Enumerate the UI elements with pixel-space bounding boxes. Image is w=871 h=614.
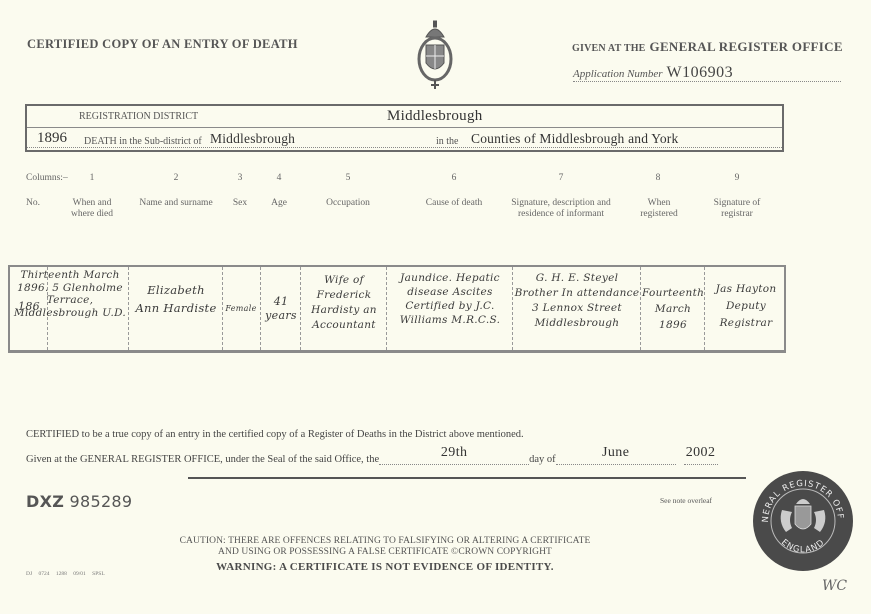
caution-line-1: CAUTION: THERE ARE OFFENCES RELATING TO … [150,536,620,547]
certification-year-field: 2002 [684,451,718,465]
certification-month-field: June [556,451,676,465]
county-value: Counties of Middlesbrough and York [471,131,678,147]
signature-rule [188,477,746,479]
see-note-overleaf: See note overleaf [660,496,712,505]
general-register-office-seal-icon: GENERAL REGISTER OFFICE ENGLAND [752,470,854,572]
certification-year: 2002 [684,445,718,461]
district-value: Middlesbrough [387,108,483,125]
entry-name: Elizabeth Ann Hardiste [134,281,218,317]
column-heading-cause: Cause of death [414,198,494,209]
certification-day-field: 29th [379,451,529,465]
entry-when-registered: Fourteenth March 1896 [642,285,704,333]
column-number-2: 2 [166,173,186,184]
royal-coat-of-arms-icon [416,19,454,91]
column-number-7: 7 [551,173,571,184]
column-heading-registrar: Signature of registrar [705,198,769,220]
column-number-3: 3 [230,173,250,184]
column-number-9: 9 [727,173,747,184]
column-heading-name: Name and surname [131,198,221,209]
column-number-6: 6 [444,173,464,184]
application-number-label: Application Number [573,68,663,80]
certificate-title: CERTIFIED COPY OF AN ENTRY OF DEATH [27,37,298,52]
column-number-8: 8 [648,173,668,184]
serial-number: 985289 [70,492,133,511]
caution-line-2: AND USING OR POSSESSING A FALSE CERTIFIC… [150,547,620,558]
identity-warning: WARNING: A CERTIFICATE IS NOT EVIDENCE O… [150,561,620,573]
application-number-field: Application Number W106903 [573,64,841,82]
given-under-seal-text: Given at the GENERAL REGISTER OFFICE, un… [26,454,379,465]
in-the-label: in the [436,136,459,147]
subdistrict-value: Middlesbrough [210,131,295,147]
given-at-prefix: GIVEN AT THE [572,43,646,54]
column-number-1: 1 [82,173,102,184]
column-heading-age: Age [263,198,295,209]
entry-age: 41 years [262,295,300,323]
entry-occupation: Wife of Frederick Hardisty an Accountant [302,273,386,333]
entry-registrar-signature: Jas Hayton Deputy Registrar [706,281,786,332]
entry-sex: Female [222,303,260,316]
caution-notice: CAUTION: THERE ARE OFFENCES RELATING TO … [150,536,620,558]
certificate-serial: DXZ 985289 [26,492,132,511]
column-heading-occupation: Occupation [313,198,383,209]
column-number-5: 5 [338,173,358,184]
column-number-4: 4 [269,173,289,184]
entry-cause-of-death: Jaundice. Hepatic disease Ascites Certif… [388,271,512,327]
registration-year: 1896 [37,130,67,147]
office-name: GENERAL REGISTER OFFICE [650,39,843,54]
given-under-seal-line: Given at the GENERAL REGISTER OFFICE, un… [26,451,718,465]
entry-informant: G. H. E. Steyel Brother In attendance 3 … [514,271,640,331]
subdistrict-label: DEATH in the Sub-district of [84,136,202,147]
column-heading-no: No. [26,198,40,209]
day-of-label: day of [529,454,556,465]
handwritten-initials: WC [822,578,847,594]
columns-label: Columns:– [26,173,68,184]
column-heading-informant: Signature, description and residence of … [508,198,614,220]
certification-month: June [556,445,676,461]
certification-statement: CERTIFIED to be a true copy of an entry … [26,429,524,440]
death-entry-row: 186 Thirteenth March 1896. 5 Glenholme T… [8,265,786,353]
column-heading-sex: Sex [224,198,256,209]
form-code: DJ 0724 1288 09/01 SPSL [26,571,105,577]
column-heading-when-where: When and where died [67,198,117,220]
application-number-value: W106903 [667,64,734,81]
office-heading: GIVEN AT THE GENERAL REGISTER OFFICE [572,38,843,56]
registration-district-box: REGISTRATION DISTRICT Middlesbrough 1896… [25,104,784,152]
entry-when-where: Thirteenth March 1896. 5 Glenholme Terra… [12,269,128,319]
district-label: REGISTRATION DISTRICT [79,111,198,122]
serial-prefix: DXZ [26,492,64,511]
certification-day: 29th [379,445,529,461]
column-heading-registered: When registered [634,198,684,220]
